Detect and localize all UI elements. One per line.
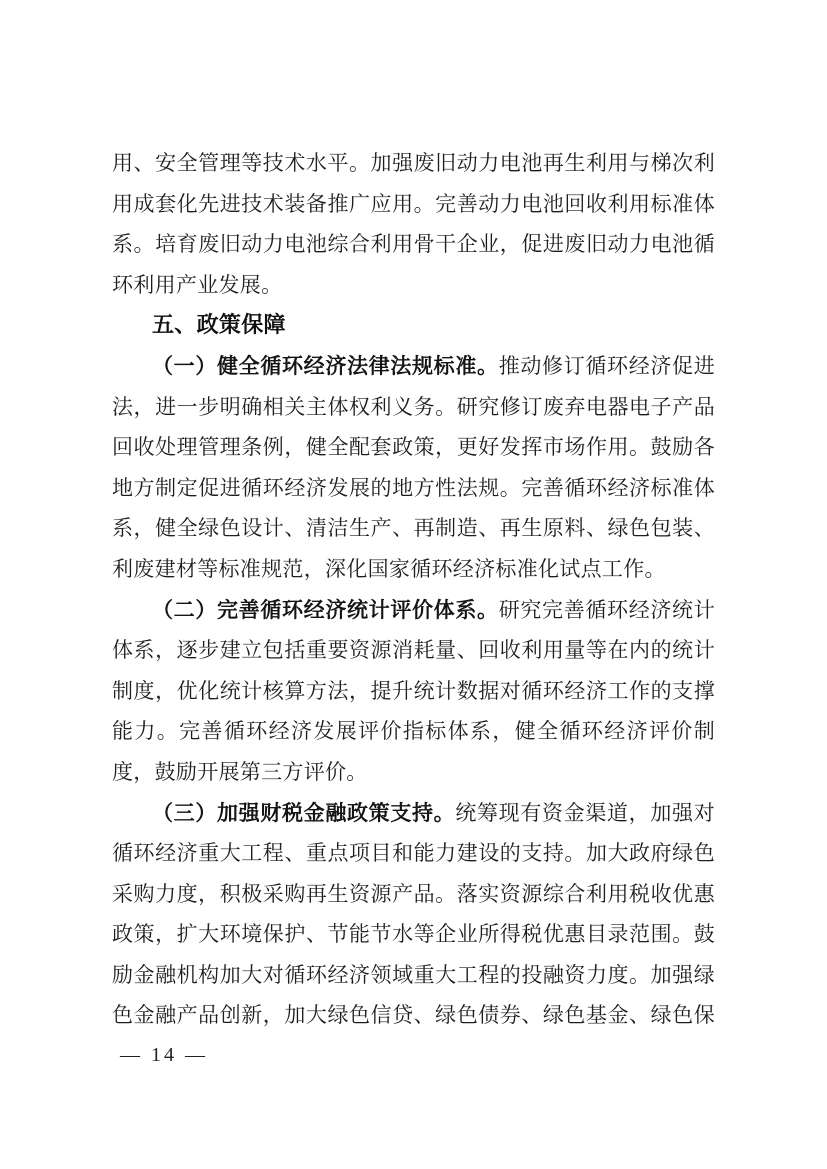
text-line: （二）完善循环经济统计评价体系。研究完善循环经济统计 — [112, 590, 715, 631]
paragraph-2: （二）完善循环经济统计评价体系。研究完善循环经济统计 体系，逐步建立包括重要资源… — [112, 590, 715, 793]
text-line: 环利用产业发展。 — [112, 265, 715, 306]
text-line: （三）加强财税金融政策支持。统筹现有资金渠道，加强对 — [112, 793, 715, 834]
paragraph-3: （三）加强财税金融政策支持。统筹现有资金渠道，加强对 循环经济重大工程、重点项目… — [112, 793, 715, 1037]
paragraph-2-lead: （二）完善循环经济统计评价体系。 — [152, 598, 499, 622]
text-line: 色金融产品创新，加大绿色信贷、绿色债券、绿色基金、绿色保 — [112, 995, 715, 1036]
paragraph-3-lead: （三）加强财税金融政策支持。 — [152, 801, 455, 825]
text-line: 回收处理管理条例，健全配套政策，更好发挥市场作用。鼓励各 — [112, 427, 715, 468]
text-line: 系，健全绿色设计、清洁生产、再制造、再生原料、绿色包装、 — [112, 508, 715, 549]
text-line: 制度，优化统计核算方法，提升统计数据对循环经济工作的支撑 — [112, 671, 715, 712]
text-line: 能力。完善循环经济发展评价指标体系，健全循环经济评价制 — [112, 711, 715, 752]
text-line: 法，进一步明确相关主体权利义务。研究修订废弃电器电子产品 — [112, 387, 715, 428]
text-line: 度，鼓励开展第三方评价。 — [112, 752, 715, 793]
paragraph-2-first-line-rest: 研究完善循环经济统计 — [499, 598, 715, 622]
paragraph-1-lead: （一）健全循环经济法律法规标准。 — [152, 354, 499, 378]
text-line: 系。培育废旧动力电池综合利用骨干企业，促进废旧动力电池循 — [112, 224, 715, 265]
paragraph-1-first-line-rest: 推动修订循环经济促进 — [499, 354, 715, 378]
page-number: — 14 — — [120, 1040, 208, 1070]
text-line: 用、安全管理等技术水平。加强废旧动力电池再生利用与梯次利 — [112, 143, 715, 184]
text-line: 循环经济重大工程、重点项目和能力建设的支持。加大政府绿色 — [112, 833, 715, 874]
paragraph-continuation: 用、安全管理等技术水平。加强废旧动力电池再生利用与梯次利 用成套化先进技术装备推… — [112, 143, 715, 305]
text-line: 政策，扩大环境保护、节能节水等企业所得税优惠目录范围。鼓 — [112, 914, 715, 955]
text-line: 地方制定促进循环经济发展的地方性法规。完善循环经济标准体 — [112, 468, 715, 509]
text-line: 体系，逐步建立包括重要资源消耗量、回收利用量等在内的统计 — [112, 630, 715, 671]
text-line: （一）健全循环经济法律法规标准。推动修订循环经济促进 — [112, 346, 715, 387]
text-line: 采购力度，积极采购再生资源产品。落实资源综合利用税收优惠 — [112, 874, 715, 915]
document-page: 用、安全管理等技术水平。加强废旧动力电池再生利用与梯次利 用成套化先进技术装备推… — [0, 0, 827, 1169]
paragraph-3-first-line-rest: 统筹现有资金渠道，加强对 — [455, 801, 715, 825]
text-line: 用成套化先进技术装备推广应用。完善动力电池回收利用标准体 — [112, 184, 715, 225]
section-heading: 五、政策保障 — [112, 305, 715, 346]
paragraph-1: （一）健全循环经济法律法规标准。推动修订循环经济促进 法，进一步明确相关主体权利… — [112, 346, 715, 590]
text-line: 利废建材等标准规范，深化国家循环经济标准化试点工作。 — [112, 549, 715, 590]
text-line: 励金融机构加大对循环经济领域重大工程的投融资力度。加强绿 — [112, 955, 715, 996]
document-body: 用、安全管理等技术水平。加强废旧动力电池再生利用与梯次利 用成套化先进技术装备推… — [112, 143, 715, 1036]
